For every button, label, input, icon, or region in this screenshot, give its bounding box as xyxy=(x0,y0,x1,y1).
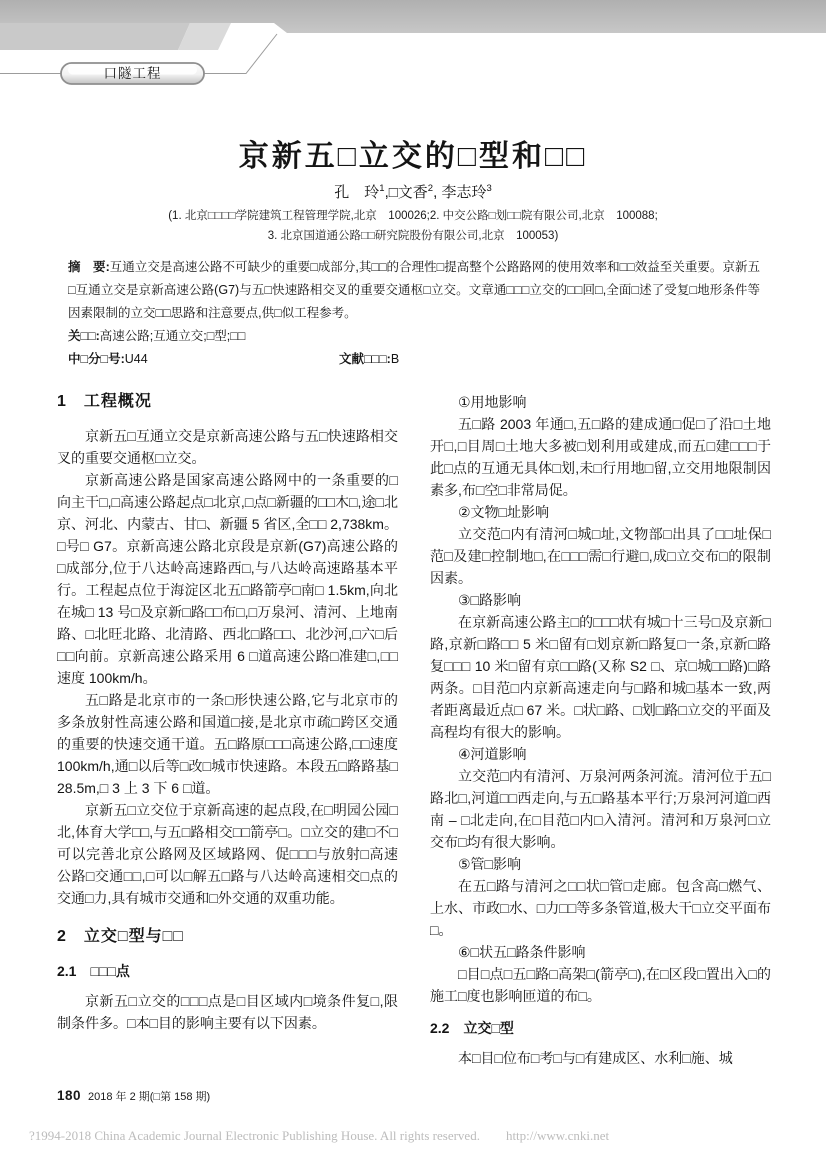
copyright-text: ?1994-2018 China Academic Journal Electr… xyxy=(29,1128,480,1143)
numbered-item-title: ④河道影响 xyxy=(430,743,771,765)
clc-group: 中□分□号:U44 xyxy=(68,348,339,371)
doccode-group: 文献□□□:B xyxy=(339,352,399,366)
page-number: 180 xyxy=(57,1088,81,1103)
keywords-line: 关□□:高速公路;互通立交;□型;□□ xyxy=(68,325,760,348)
paragraph: 在京新高速公路主□的□□□状有城□十三号□及京新□路,京新□路□□ 5 米□留有… xyxy=(430,611,771,743)
clc-label: 中□分□号: xyxy=(68,352,125,366)
author-line: 孔 玲1,□文香2, 李志玲3 xyxy=(0,181,826,202)
numbered-item-title: ⑤管□影响 xyxy=(430,853,771,875)
column-tag-label: 口隧工程 xyxy=(61,63,204,84)
keywords-label: 关□□: xyxy=(68,329,100,343)
numbered-item-title: ①用地影响 xyxy=(430,391,771,413)
paragraph: 五□路是北京市的一条□形快速公路,它与北京市的多条放射性高速公路和国道□接,是北… xyxy=(57,689,398,799)
paragraph: 五□路 2003 年通□,五□路的建成通□促□了沿□土地开□,□目周□土地大多被… xyxy=(430,413,771,501)
section-heading-1: 1 工程概况 xyxy=(57,391,398,413)
body-column-right: ①用地影响 五□路 2003 年通□,五□路的建成通□促□了沿□土地开□,□目周… xyxy=(430,385,771,1069)
numbered-item-title: ③□路影响 xyxy=(430,589,771,611)
clc-value: U44 xyxy=(125,352,148,366)
paragraph: 本□目□位布□考□与□有建成区、水利□施、城 xyxy=(430,1047,771,1069)
paragraph: □目□点□五□路□高架□(箭亭□),在□区段□置出入□的施工□度也影响匝道的布□… xyxy=(430,963,771,1007)
article-title: 京新五□立交的□型和□□ xyxy=(0,131,826,175)
affiliation-line-1: (1. 北京□□□□学院建筑工程管理学院,北京 100026;2. 中交公路□划… xyxy=(0,206,826,226)
author-2: □文香 xyxy=(389,184,428,201)
journal-page: 口隧工程 京新五□立交的□型和□□ 孔 玲1,□文香2, 李志玲3 (1. 北京… xyxy=(0,0,826,1169)
abstract-block: 摘 要:互通立交是高速公路不可缺少的重要□成部分,其□□的合理性□提高整个公路路… xyxy=(68,256,760,371)
numbered-item-title: ⑥□状五□路条件影响 xyxy=(430,941,771,963)
author-3: 李志玲 xyxy=(441,184,486,201)
abstract-paragraph: 摘 要:互通立交是高速公路不可缺少的重要□成部分,其□□的合理性□提高整个公路路… xyxy=(68,256,760,325)
paragraph: 京新五□立交位于京新高速的起点段,在□明园公园□北,体育大学□□,与五□路相交□… xyxy=(57,799,398,909)
header-banner-decoration xyxy=(0,0,826,100)
abstract-text: 互通立交是高速公路不可缺少的重要□成部分,其□□的合理性□提高整个公路路网的使用… xyxy=(68,260,760,320)
subsection-heading-2-2: 2.2 立交□型 xyxy=(430,1017,771,1039)
paragraph: 立交范□内有清河、万泉河两条河流。清河位于五□路北□,河道□□西走向,与五□路基… xyxy=(430,765,771,853)
abstract-label: 摘 要: xyxy=(68,260,110,274)
classification-line: 中□分□号:U44文献□□□:B xyxy=(68,348,760,371)
paragraph: 立交范□内有清河□城□址,文物部□出具了□□址保□范□及建□控制地□,在□□□需… xyxy=(430,523,771,589)
page-footer: 1802018 年 2 期(□第 158 期) xyxy=(57,1088,757,1104)
paragraph: 京新高速公路是国家高速公路网中的一条重要的□向主干□,□高速公路起点□北京,□点… xyxy=(57,469,398,689)
affiliation-line-2: 3. 北京国道通公路□□研究院股份有限公司,北京 100053) xyxy=(0,226,826,246)
issue-info: 2018 年 2 期(□第 158 期) xyxy=(88,1091,210,1103)
doccode-label: 文献□□□: xyxy=(339,352,391,366)
paragraph: 在五□路与清河之□□状□管□走廊。包含高□燃气、上水、市政□水、□力□□等多条管… xyxy=(430,875,771,941)
affiliations: (1. 北京□□□□学院建筑工程管理学院,北京 100026;2. 中交公路□划… xyxy=(0,206,826,246)
numbered-item-title: ②文物□址影响 xyxy=(430,501,771,523)
subsection-heading-2-1: 2.1 □□□点 xyxy=(57,960,398,982)
banner-lower-band xyxy=(0,23,190,50)
copyright-line: ?1994-2018 China Academic Journal Electr… xyxy=(29,1128,819,1144)
section-heading-2: 2 立交□型与□□ xyxy=(57,926,398,948)
paragraph: 京新五□立交的□□□点是□目区域内□境条件复□,限制条件多。□本□目的影响主要有… xyxy=(57,990,398,1034)
author-1: 孔 玲 xyxy=(334,184,379,201)
cnki-url: http://www.cnki.net xyxy=(506,1128,609,1143)
body-column-left: 1 工程概况 京新五□互通立交是京新高速公路与五□快速路相交叉的重要交通枢□立交… xyxy=(57,385,398,1034)
author-3-sup: 3 xyxy=(486,183,491,194)
keywords-text: 高速公路;互通立交;□型;□□ xyxy=(100,329,246,343)
paragraph: 京新五□互通立交是京新高速公路与五□快速路相交叉的重要交通枢□立交。 xyxy=(57,425,398,469)
doccode-value: B xyxy=(391,352,399,366)
